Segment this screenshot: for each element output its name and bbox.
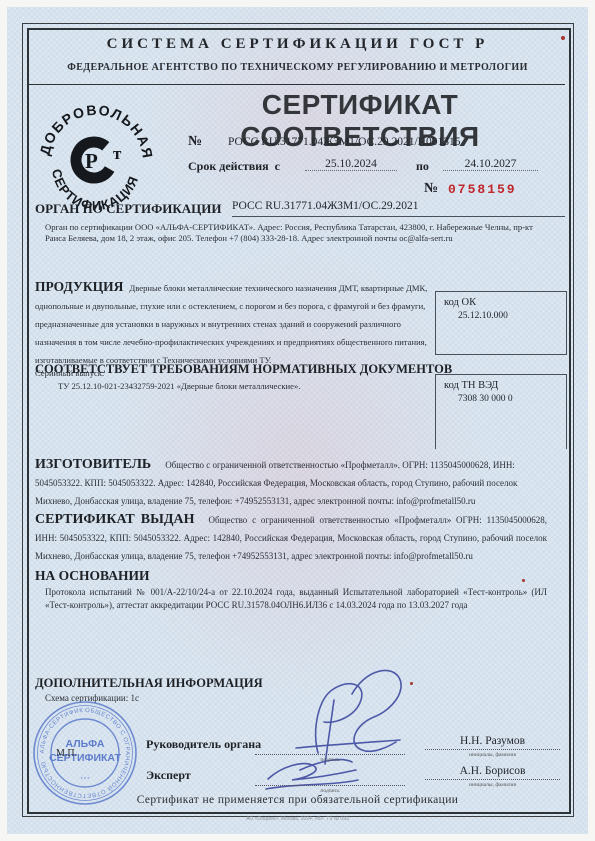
conformity-label: СООТВЕТСТВУЕТ ТРЕБОВАНИЯМ НОРМАТИВНЫХ ДО… [35,362,452,377]
manufacturer-label: ИЗГОТОВИТЕЛЬ [35,457,151,472]
code-ok-label: код ОК [444,297,566,308]
issued-to-section: СЕРТИФИКАТ ВЫДАНОбщество с ограниченной … [35,510,547,564]
code-tnved-box: код ТН ВЭД 7308 30 000 0 [435,374,567,449]
rst-mark-p: Р [85,149,98,173]
agency-title: ФЕДЕРАЛЬНОЕ АГЕНТСТВО ПО ТЕХНИЧЕСКОМУ РЕ… [0,62,595,73]
rst-mark-t: т [113,144,122,163]
scan-speck [410,682,413,685]
conformity-text: ТУ 25.12.10-021-23432759-2021 «Дверные б… [58,381,418,392]
blank-number-value: 0758159 [448,182,517,197]
basis-label: НА ОСНОВАНИИ [35,568,149,584]
footer-note: Сертификат не применяется при обязательн… [30,794,565,806]
production-label: ПРОДУКЦИЯ [35,279,123,294]
scan-speck [561,36,565,40]
certification-body-underline [232,216,565,217]
certification-body-text: Орган по сертификации ООО «АЛЬФА-СЕРТИФИ… [45,222,545,245]
certificate-page: СИСТЕМА СЕРТИФИКАЦИИ ГОСТ Р ФЕДЕРАЛЬНОЕ … [0,0,595,841]
certification-body-number: РОСС RU.31771.04ЖЗМ1/ОС.29.2021 [232,200,419,212]
validity-po-label: по [416,159,429,174]
expert-name-line [425,765,560,780]
manufacturer-section: ИЗГОТОВИТЕЛЬОбщество с ограниченной отве… [35,455,547,509]
cert-number-value: РОСС RU.31771.04ЖЗМ1/ОС.29.2021/Н001315 [228,136,461,148]
system-title: СИСТЕМА СЕРТИФИКАЦИИ ГОСТ Р [0,36,595,53]
blank-number-label: № [424,181,438,197]
code-tnved-label: код ТН ВЭД [444,380,566,391]
code-ok-value: 25.12.10.000 [458,311,566,321]
valid-from-date: 25.10.2024 [305,158,397,171]
code-tnved-value: 7308 30 000 0 [458,394,566,404]
expert-name-sub: инициалы, фамилия [425,782,560,788]
valid-to-date: 24.10.2027 [443,158,538,171]
head-name-line [425,735,560,750]
issued-to-label: СЕРТИФИКАТ ВЫДАН [35,512,194,527]
certification-body-label: ОРГАН ПО СЕРТИФИКАЦИИ [35,201,222,217]
additional-info-label: ДОПОЛНИТЕЛЬНАЯ ИНФОРМАЦИЯ [35,676,263,691]
head-name-sub: инициалы, фамилия [425,752,560,758]
head-signature-line [255,740,405,755]
validity-label: Срок действия с [188,159,280,174]
head-role-label: Руководитель органа [146,737,261,752]
stamp-star: * * * [81,777,90,783]
code-ok-box: код ОК 25.12.10.000 [435,291,567,355]
expert-role-label: Эксперт [146,768,191,783]
mp-mark: М.П. [56,748,77,759]
head-signature-sub: подпись [255,757,405,763]
print-info: АО «Опцион», Москва, 2024, «В». ТЗ № 093 [150,816,445,822]
expert-signature-line [255,771,405,786]
production-text: Дверные блоки металлические технического… [35,283,427,365]
header-divider [29,84,565,85]
basis-text: Протокола испытаний № 001/А-22/10/24-а о… [45,586,547,611]
scan-speck [522,579,525,582]
cert-number-label: № [188,134,202,150]
